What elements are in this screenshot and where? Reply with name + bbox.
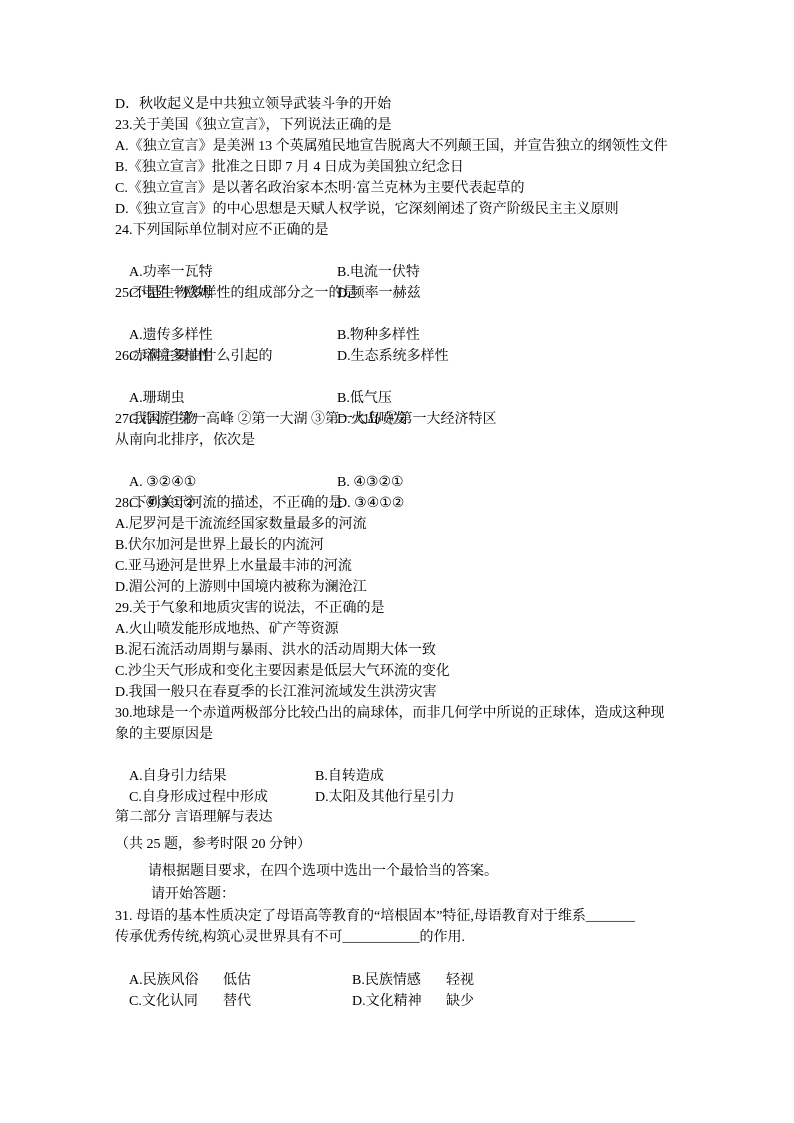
question-31-option-a-word2: 低估	[223, 973, 251, 988]
question-24-stem: 24.下列国际单位制对应不正确的是	[115, 220, 735, 241]
question-30-option-b: B.自转造成	[315, 766, 384, 787]
question-31-option-c-word1: C.文化认同	[129, 991, 223, 1012]
option-d-carryover: D．秋收起义是中共独立领导武装斗争的开始	[115, 94, 735, 115]
question-29-stem: 29.关于气象和地质灾害的说法，不正确的是	[115, 598, 735, 619]
question-27-stem-line2: 从南向北排序，依次是	[115, 430, 735, 451]
question-31-option-b: B.民族情感轻视	[352, 970, 474, 991]
question-31-option-d: D.文化精神缺少	[352, 991, 474, 1012]
question-23-option-c: C.《独立宣言》是以著名政治家本杰明·富兰克林为主要代表起草的	[115, 178, 735, 199]
question-28-option-a: A.尼罗河是干流流经国家数量最多的河流	[115, 514, 735, 535]
question-31-option-c-word2: 替代	[223, 994, 251, 1009]
question-27-options-ab: A. ③②④①B. ④③②①	[115, 451, 735, 472]
question-27-option-d: D. ③④①②	[337, 493, 404, 514]
document-body: D．秋收起义是中共独立领导武装斗争的开始 23.关于美国《独立宣言》，下列说法正…	[115, 94, 735, 991]
question-31-option-c: C.文化认同替代	[129, 991, 352, 1012]
question-29-option-c: C.沙尘天气形成和变化主要因素是低层大气环流的变化	[115, 661, 735, 682]
question-26-option-a: A.珊瑚虫	[129, 388, 337, 409]
question-26-option-b: B.低气压	[337, 388, 392, 409]
section-2-meta: （共 25 题，参考时限 20 分钟）	[115, 830, 735, 860]
question-25-option-a: A.遗传多样性	[129, 325, 337, 346]
question-24-option-b: B.电流一伏特	[337, 262, 420, 283]
question-23-option-b: B.《独立宣言》批准之日即 7 月 4 日成为美国独立纪念日	[115, 157, 735, 178]
question-26-options-ab: A.珊瑚虫B.低气压	[115, 367, 735, 388]
question-27-stem-line1: 27.我国 ①第一高峰 ②第一大湖 ③第一大岛 ④第一大经济特区	[115, 409, 735, 430]
question-31-option-d-word1: D.文化精神	[352, 991, 446, 1012]
question-31-option-d-word2: 缺少	[446, 994, 474, 1009]
question-30-option-d: D.太阳及其他行星引力	[315, 787, 455, 808]
question-29-option-d: D.我国一般只在春夏季的长江淮河流域发生洪涝灾害	[115, 682, 735, 703]
question-23-stem: 23.关于美国《独立宣言》，下列说法正确的是	[115, 115, 735, 136]
section-2-title: 第二部分 言语理解与表达	[115, 805, 735, 830]
question-30-stem-line2: 象的主要原因是	[115, 724, 735, 745]
question-29-option-a: A.火山喷发能形成地热、矿产等资源	[115, 619, 735, 640]
question-27-option-b: B. ④③②①	[337, 472, 404, 493]
question-29-option-b: B.泥石流活动周期与暴雨、洪水的活动周期大体一致	[115, 640, 735, 661]
question-31-option-b-word1: B.民族情感	[352, 970, 446, 991]
question-28-stem: 28.下列关于河流的描述，不正确的是	[115, 493, 735, 514]
question-25-stem: 25.不是生物多样性的组成部分之一的是	[115, 283, 735, 304]
question-25-options-ab: A.遗传多样性B.物种多样性	[115, 304, 735, 325]
question-31-option-a-word1: A.民族风俗	[129, 970, 223, 991]
section-2-start-prompt: 请开始答题：	[115, 883, 735, 906]
question-28-option-d: D.湄公河的上游则中国境内被称为澜沧江	[115, 577, 735, 598]
section-2-instruction: 请根据题目要求，在四个选项中选出一个最恰当的答案。	[115, 860, 735, 883]
question-27-option-a: A. ③②④①	[129, 472, 337, 493]
question-31-stem-line1: 31. 母语的基本性质决定了母语高等教育的“培根固本”特征,母语教育对于维系__…	[115, 906, 735, 927]
question-24-options-ab: A.功率一瓦特B.电流一伏特	[115, 241, 735, 262]
exam-page: { "page": { "background": "#ffffff", "te…	[0, 0, 794, 1123]
question-23-option-d: D.《独立宣言》的中心思想是天赋人权学说，它深刻阐述了资产阶级民主主义原则	[115, 199, 735, 220]
question-31-options-ab: A.民族风俗低估B.民族情感轻视	[115, 949, 735, 970]
question-24-option-a: A.功率一瓦特	[129, 262, 337, 283]
question-28-option-c: C.亚马逊河是世界上水量最丰沛的河流	[115, 556, 735, 577]
question-30-options-ab: A.自身引力结果B.自转造成	[115, 745, 735, 766]
question-28-option-b: B.伏尔加河是世界上最长的内流河	[115, 535, 735, 556]
question-25-option-b: B.物种多样性	[337, 325, 420, 346]
question-30-option-a: A.自身引力结果	[129, 766, 315, 787]
question-31-stem-line2: 传承优秀传统,构筑心灵世界具有不可___________的作用.	[115, 927, 735, 949]
question-30-stem-line1: 30.地球是一个赤道两极部分比较凸出的扁球体，而非几何学中所说的正球体，造成这种…	[115, 703, 735, 724]
question-25-option-d: D.生态系统多样性	[337, 346, 449, 367]
question-31-option-a: A.民族风俗低估	[129, 970, 352, 991]
question-31-option-b-word2: 轻视	[446, 973, 474, 988]
question-23-option-a: A.《独立宣言》是美洲 13 个英属殖民地宣告脱离大不列颠王国，并宣告独立的纲领…	[115, 136, 735, 157]
